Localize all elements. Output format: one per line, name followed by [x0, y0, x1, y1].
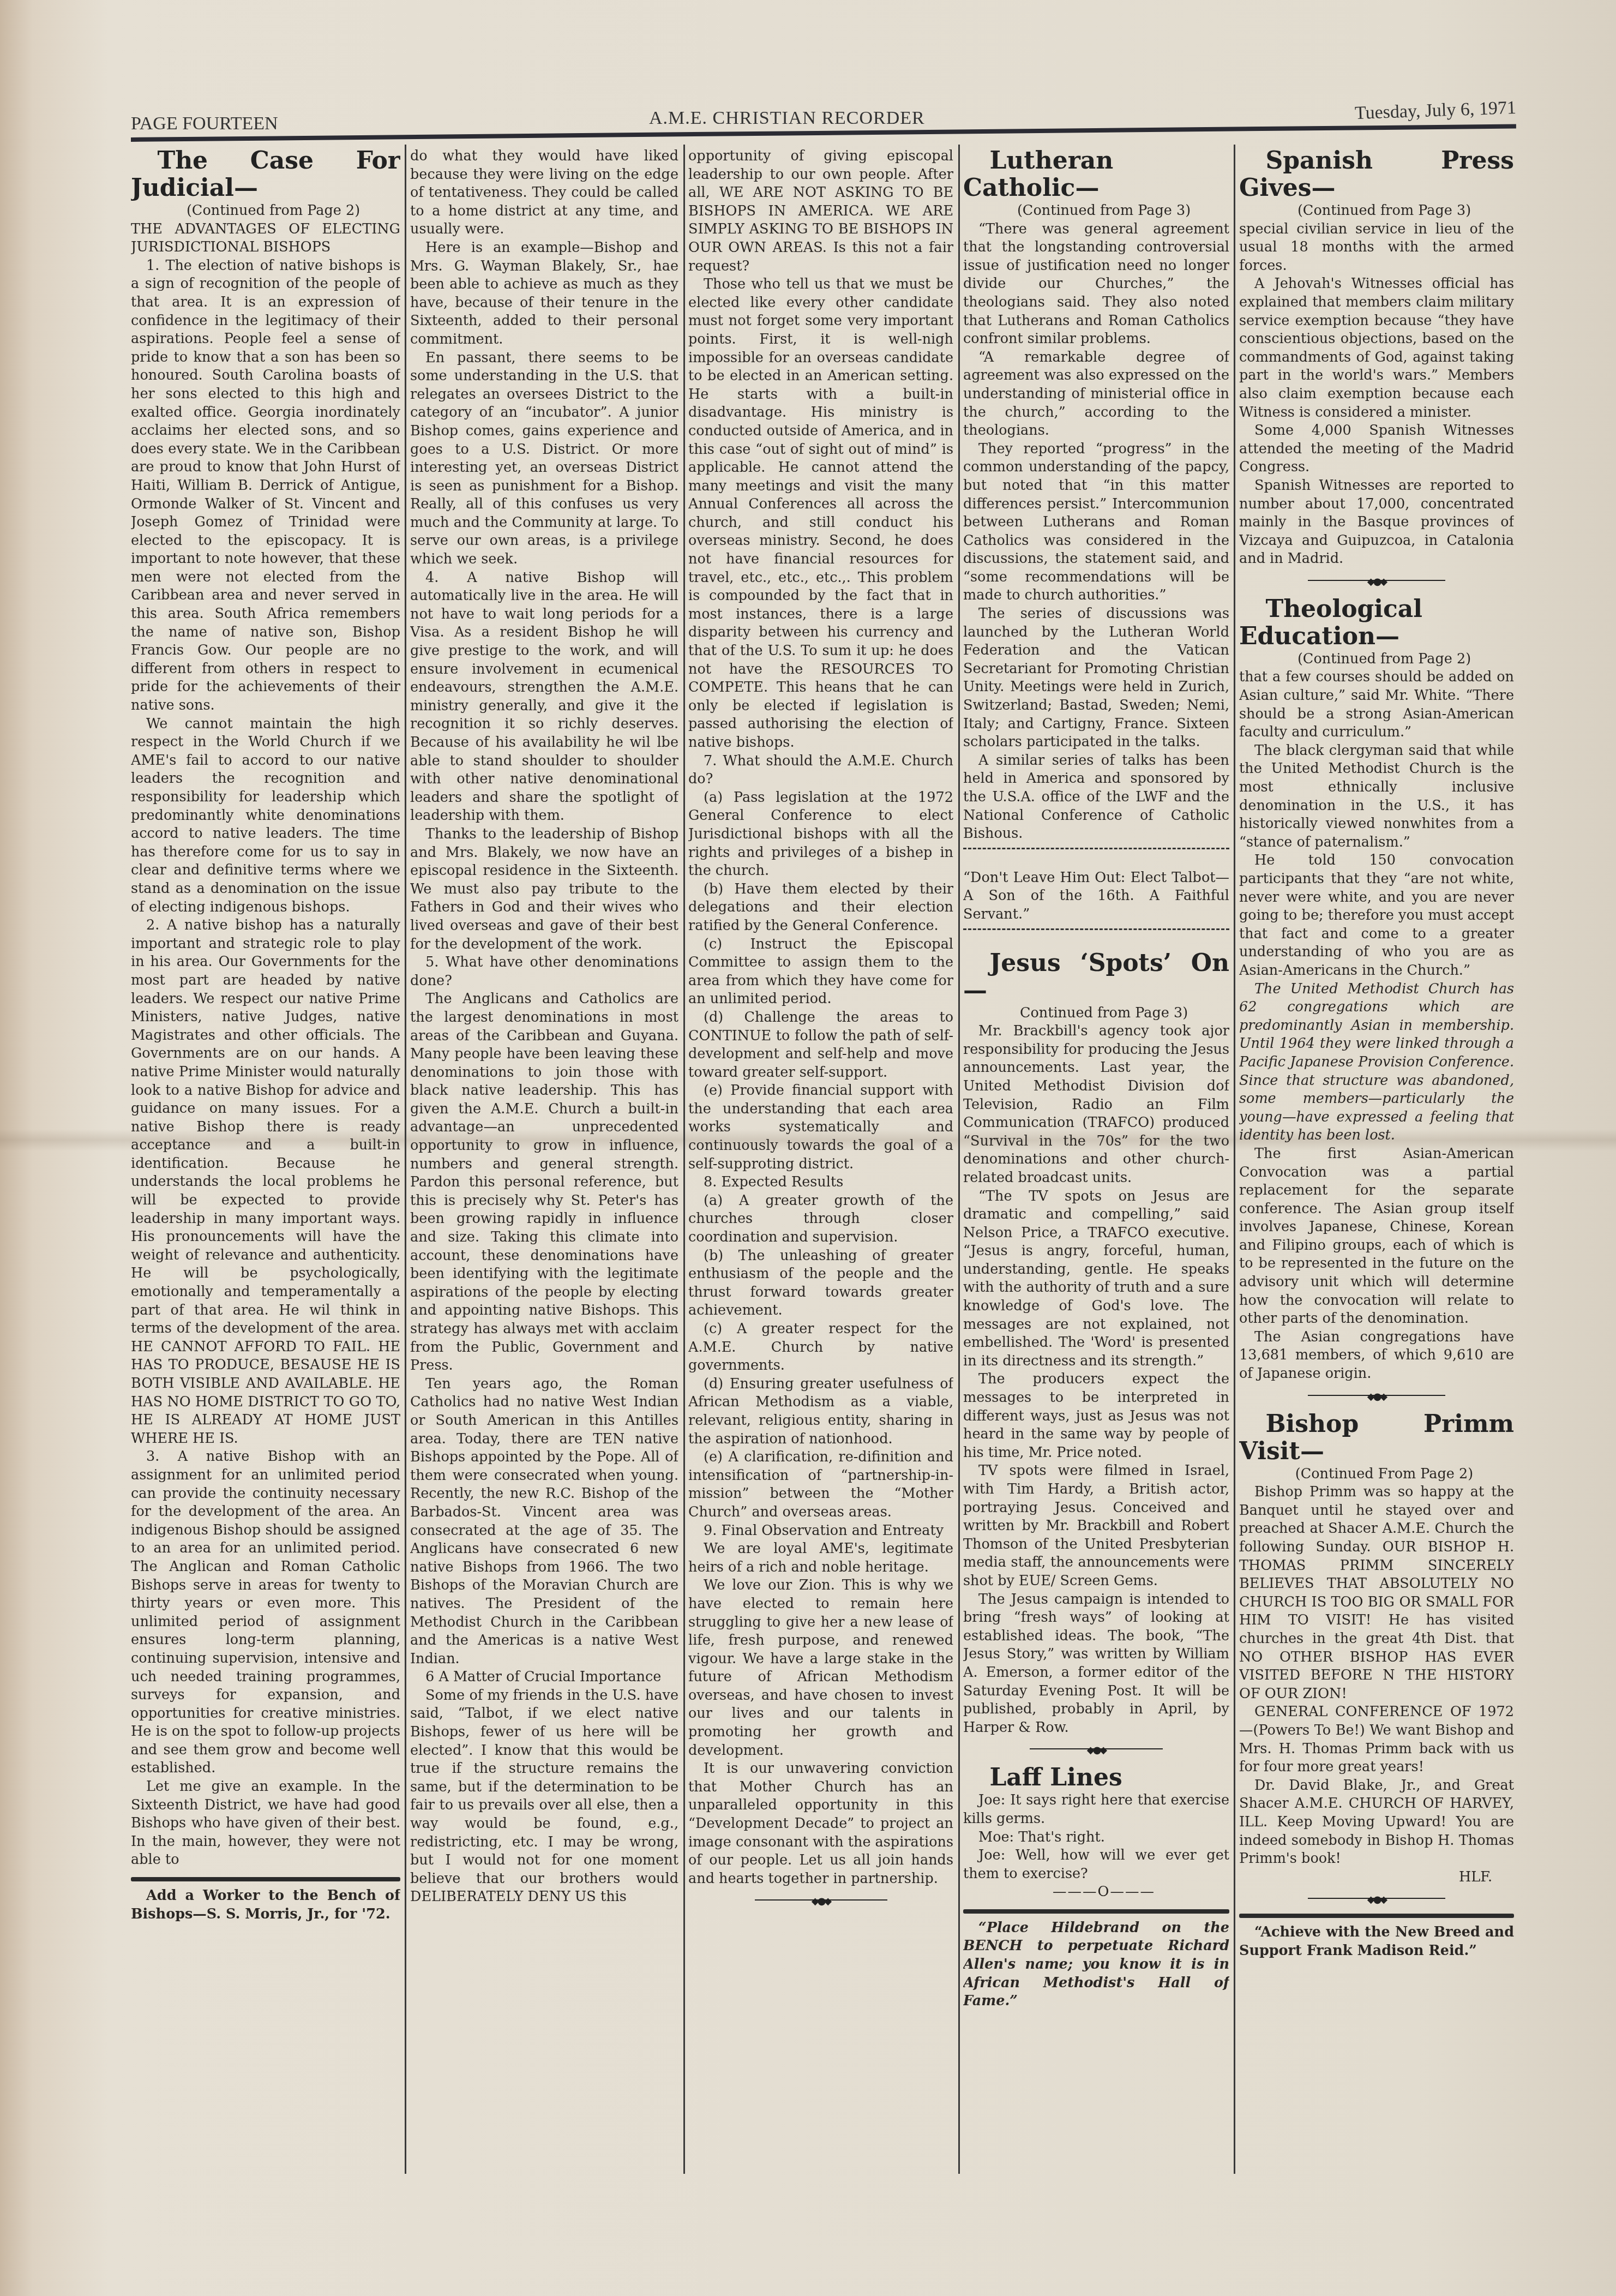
author-signature: HLF. [1239, 1868, 1514, 1887]
article-paragraph: 8. Expected Results [688, 1173, 953, 1192]
article-paragraph: It is our unwavering conviction that Mot… [688, 1760, 953, 1888]
article-paragraph: En passant, there seems to be some under… [410, 349, 678, 569]
column-2: do what they would have liked because th… [410, 147, 678, 2166]
column-rule [1234, 145, 1235, 2174]
article-paragraph: 5. What have other denominations done? [410, 954, 678, 990]
article-paragraph: The black clergyman said that while the … [1239, 742, 1514, 852]
article-paragraph: “The TV spots on Jesus are dramatic and … [963, 1188, 1229, 1371]
article-paragraph: The Jesus campaign is intended to bring … [963, 1591, 1229, 1737]
column-1: The Case For Judicial— (Continued from P… [131, 147, 400, 2166]
reid-campaign-notice: “Achieve with the New Breed and Support … [1239, 1923, 1514, 1960]
article-paragraph: 1. The election of native bishops is a s… [131, 257, 400, 715]
article-paragraph: Mr. Brackbill's agency took ajor respons… [963, 1022, 1229, 1187]
article-paragraph: (d) Challenge the areas to CONTINUE to f… [688, 1009, 953, 1082]
headline-bishop-primm: Bishop Primm Visit— [1239, 1411, 1514, 1465]
article-paragraph: They reported “progress” in the common u… [963, 440, 1229, 605]
wavy-rule [131, 1877, 400, 1881]
article-paragraph: (a) A greater growth of the churches thr… [688, 1192, 953, 1247]
article-paragraph: 9. Final Observation and Entreaty [688, 1522, 953, 1540]
continued-line: (Continued from Page 3) [1239, 202, 1514, 220]
article-paragraph: Thanks to the leadership of Bishop and M… [410, 825, 678, 954]
article-paragraph: (c) Instruct the Episcopal Committee to … [688, 936, 953, 1009]
continued-line: (Continued From Page 2) [1239, 1465, 1514, 1484]
page-number: PAGE FOURTEEN [131, 113, 278, 134]
article-paragraph: TV spots were filmed in Israel, with Tim… [963, 1462, 1229, 1590]
continued-line: (Continued from Page 3) [963, 202, 1229, 220]
article-paragraph: The Asian congregations have 13,681 memb… [1239, 1328, 1514, 1383]
article-paragraph: We cannot maintain the high respect in t… [131, 715, 400, 917]
article-paragraph: (b) The unleashing of greater enthusiasm… [688, 1247, 953, 1320]
ornament-divider [1239, 1892, 1514, 1905]
article-paragraph: “A remarkable degree of agreement was al… [963, 349, 1229, 440]
hildebrand-campaign-notice: “Place Hildebrand on the BENCH to perpet… [963, 1919, 1229, 2011]
column-rule [958, 145, 960, 2174]
article-paragraph: 3. A native Bishop with an assignment fo… [131, 1448, 400, 1778]
headline-laff-lines: Laff Lines [963, 1764, 1229, 1791]
joke-line: Joe: It says right here that exercise ki… [963, 1791, 1229, 1828]
ornament-divider [1239, 574, 1514, 587]
article-paragraph: We love our Zion. This is why we have el… [688, 1576, 953, 1760]
article-paragraph: Bishop Primm was so happy at the Banquet… [1239, 1483, 1514, 1703]
column-5: Spanish Press Gives— (Continued from Pag… [1239, 147, 1514, 2166]
article-paragraph: (c) A greater respect for the A.M.E. Chu… [688, 1320, 953, 1375]
column-rule [405, 145, 406, 2174]
joke-line: Joe: Well, how will we ever get them to … [963, 1847, 1229, 1883]
ornament-divider [963, 1742, 1229, 1755]
ornament-rule [963, 928, 1229, 940]
article-paragraph: (a) Pass legislation at the 1972 General… [688, 789, 953, 880]
article-paragraph: 2. A native bishop has a naturally impor… [131, 916, 400, 1448]
heavy-rule [963, 1909, 1229, 1914]
article-paragraph: The United Methodist Church has 62 congr… [1239, 980, 1514, 1145]
talbot-campaign-notice: “Don't Leave Him Out: Elect Talbot—A Son… [963, 869, 1229, 924]
article-paragraph: 6 A Matter of Crucial Importance [410, 1668, 678, 1687]
article-paragraph: A Jehovah's Witnesses official has expla… [1239, 275, 1514, 422]
column-rule [683, 145, 685, 2174]
article-paragraph: Here is an example—Bishop and Mrs. G. Wa… [410, 239, 678, 349]
article-paragraph: Spanish Witnesses are reported to number… [1239, 477, 1514, 568]
article-paragraph: Some 4,000 Spanish Witnesses attended th… [1239, 422, 1514, 477]
publication-title: A.M.E. CHRISTIAN RECORDER [649, 108, 925, 129]
ornament-divider [1239, 1389, 1514, 1402]
headline-lutheran-catholic: Lutheran Catholic— [963, 147, 1229, 202]
article-paragraph: 7. What should the A.M.E. Church do? [688, 752, 953, 789]
headline-spanish-press: Spanish Press Gives— [1239, 147, 1514, 202]
continued-line: Continued from Page 3) [963, 1004, 1229, 1023]
headline-case-for-judicial: The Case For Judicial— [131, 147, 400, 202]
article-paragraph: 4. A native Bishop will automatically li… [410, 569, 678, 825]
headline-jesus-spots: Jesus ‘Spots’ On— [963, 950, 1229, 1004]
article-paragraph: (e) Provide financial support with the u… [688, 1082, 953, 1173]
article-paragraph: (e) A clarification, re-difinition and i… [688, 1448, 953, 1521]
column-3: opportunity of giving episcopal leadersh… [688, 147, 953, 2166]
article-paragraph: that a few courses should be added on As… [1239, 668, 1514, 741]
column-4: Lutheran Catholic— (Continued from Page … [963, 147, 1229, 2166]
article-paragraph: (d) Ensuring greater usefulness of Afric… [688, 1375, 953, 1448]
article-paragraph: opportunity of giving episcopal leadersh… [688, 147, 953, 275]
headline-theological-education: Theological Education— [1239, 596, 1514, 650]
article-paragraph: do what they would have liked because th… [410, 147, 678, 239]
article-paragraph: A similar series of talks has been held … [963, 752, 1229, 843]
article-subhead: THE ADVANTAGES OF ELECTING JURISDICTIONA… [131, 220, 400, 257]
article-paragraph: The Anglicans and Catholics are the larg… [410, 990, 678, 1375]
article-paragraph: The first Asian-American Convocation was… [1239, 1145, 1514, 1328]
article-paragraph: Ten years ago, the Roman Catholics had n… [410, 1375, 678, 1669]
ornament-rule [963, 848, 1229, 859]
o-separator: ———O——— [963, 1883, 1229, 1902]
article-paragraph: The series of discussions was launched b… [963, 605, 1229, 752]
issue-date: Tuesday, July 6, 1971 [1354, 98, 1516, 124]
article-paragraph: He told 150 convocation participants tha… [1239, 852, 1514, 980]
article-paragraph: Those who tell us that we must be electe… [688, 275, 953, 752]
heavy-rule [1239, 1914, 1514, 1918]
continued-line: (Continued from Page 2) [131, 202, 400, 220]
article-paragraph: Dr. David Blake, Jr., and Great Shacer A… [1239, 1777, 1514, 1868]
ornament-divider [688, 1893, 953, 1907]
article-paragraph: We are loyal AME's, legitimate heirs of … [688, 1540, 953, 1576]
article-paragraph: Let me give an example. In the Sixteenth… [131, 1778, 400, 1869]
article-paragraph: (b) Have them elected by their delegatio… [688, 880, 953, 936]
article-paragraph: The producers expect the messages to be … [963, 1370, 1229, 1462]
continued-line: (Continued from Page 2) [1239, 650, 1514, 669]
newspaper-page: PAGE FOURTEEN A.M.E. CHRISTIAN RECORDER … [0, 0, 1616, 2296]
article-paragraph: special civilian service in lieu of the … [1239, 220, 1514, 275]
joke-line: Moe: That's right. [963, 1829, 1229, 1847]
morris-campaign-notice: Add a Worker to the Bench of Bishops—S. … [131, 1887, 400, 1923]
article-paragraph: Some of my friends in the U.S. have said… [410, 1687, 678, 1907]
article-paragraph: GENERAL CONFERENCE OF 1972—(Powers To Be… [1239, 1703, 1514, 1776]
article-paragraph: “There was general agreement that the lo… [963, 220, 1229, 349]
